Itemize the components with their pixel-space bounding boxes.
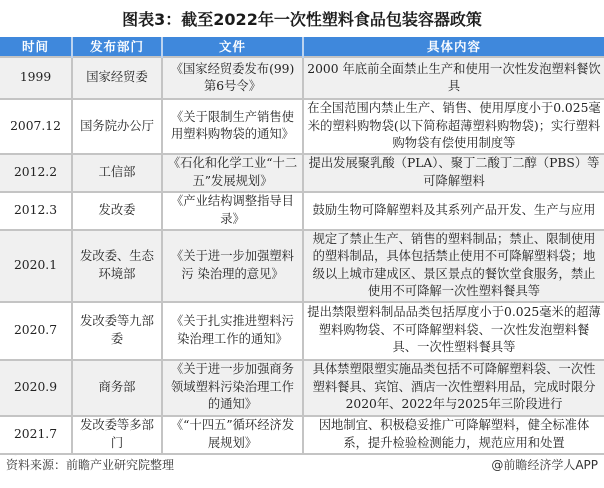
header-dept: 发布部门 [72, 37, 162, 57]
cell-doc: 《“十四五”循环经济发展规划》 [162, 416, 303, 454]
cell-content: 规定了禁止生产、销售的塑料制品；禁止、限制使用的塑料制品，具体包括禁止使用不可降… [303, 230, 604, 302]
header-content: 具体内容 [303, 37, 604, 57]
cell-dept: 国家经贸委 [72, 57, 162, 99]
cell-time: 2021.7 [0, 416, 72, 454]
table-header-row: 时间 发布部门 文件 具体内容 [0, 37, 604, 57]
policy-table: 时间 发布部门 文件 具体内容 1999 国家经贸委 《国家经贸委发布(99)第… [0, 37, 604, 455]
source-note: 资料来源：前瞻产业研究院整理 [6, 456, 174, 473]
cell-doc: 《关于进一步加强塑料污 染治理的意见》 [162, 230, 303, 302]
cell-doc: 《关于进一步加强商务领域塑料污染治理工作的通知》 [162, 360, 303, 416]
cell-dept: 发改委、生态环境部 [72, 230, 162, 302]
cell-content: 具体禁塑限塑实施品类包括不可降解塑料袋、一次性塑料餐具、宾馆、酒店一次性塑料用品… [303, 360, 604, 416]
cell-time: 2012.3 [0, 192, 72, 230]
page-title: 图表3：截至2022年一次性塑料食品包装容器政策 [0, 6, 604, 34]
cell-time: 2020.7 [0, 302, 72, 360]
cell-dept: 发改委 [72, 192, 162, 230]
cell-time: 2012.2 [0, 154, 72, 192]
cell-content: 提出发展聚乳酸（PLA）、聚丁二酸丁二醇（PBS）等可降解塑料 [303, 154, 604, 192]
cell-content: 2000 年底前全面禁止生产和使用一次性发泡塑料餐饮具 [303, 57, 604, 99]
table-row: 2020.7 发改委等九部委 《关于扎实推进塑料污染治理工作的通知》 提出禁限塑… [0, 302, 604, 360]
table-row: 2007.12 国务院办公厅 《关于限制生产销售使用塑料购物袋的通知》 在全国范… [0, 99, 604, 154]
cell-content: 提出禁限塑料制品品类包括厚度小于0.025毫米的超薄塑料购物袋、不可降解塑料袋、… [303, 302, 604, 360]
cell-dept: 商务部 [72, 360, 162, 416]
header-doc: 文件 [162, 37, 303, 57]
cell-time: 1999 [0, 57, 72, 99]
cell-doc: 《石化和化学工业“十二五”发展规划》 [162, 154, 303, 192]
table-row: 2012.3 发改委 《产业结构调整指导目录》 鼓励生物可降解塑料及其系列产品开… [0, 192, 604, 230]
cell-time: 2007.12 [0, 99, 72, 154]
table-row: 2020.9 商务部 《关于进一步加强商务领域塑料污染治理工作的通知》 具体禁塑… [0, 360, 604, 416]
cell-dept: 发改委等多部门 [72, 416, 162, 454]
table-row: 1999 国家经贸委 《国家经贸委发布(99)第6号令》 2000 年底前全面禁… [0, 57, 604, 99]
cell-doc: 《国家经贸委发布(99)第6号令》 [162, 57, 303, 99]
cell-doc: 《关于限制生产销售使用塑料购物袋的通知》 [162, 99, 303, 154]
cell-doc: 《产业结构调整指导目录》 [162, 192, 303, 230]
table-row: 2021.7 发改委等多部门 《“十四五”循环经济发展规划》 因地制宜、积极稳妥… [0, 416, 604, 454]
cell-doc: 《关于扎实推进塑料污染治理工作的通知》 [162, 302, 303, 360]
cell-time: 2020.9 [0, 360, 72, 416]
cell-content: 鼓励生物可降解塑料及其系列产品开发、生产与应用 [303, 192, 604, 230]
cell-dept: 发改委等九部委 [72, 302, 162, 360]
cell-dept: 工信部 [72, 154, 162, 192]
cell-content: 在全国范围内禁止生产、销售、使用厚度小于0.025毫米的塑料购物袋(以下简称超薄… [303, 99, 604, 154]
header-time: 时间 [0, 37, 72, 57]
cell-content: 因地制宜、积极稳妥推广可降解塑料，健全标准体系，提升检验检测能力，规范应用和处置 [303, 416, 604, 454]
cell-dept: 国务院办公厅 [72, 99, 162, 154]
cell-time: 2020.1 [0, 230, 72, 302]
credit-label: @前瞻经济学人APP [491, 456, 598, 473]
table-row: 2020.1 发改委、生态环境部 《关于进一步加强塑料污 染治理的意见》 规定了… [0, 230, 604, 302]
table-row: 2012.2 工信部 《石化和化学工业“十二五”发展规划》 提出发展聚乳酸（PL… [0, 154, 604, 192]
